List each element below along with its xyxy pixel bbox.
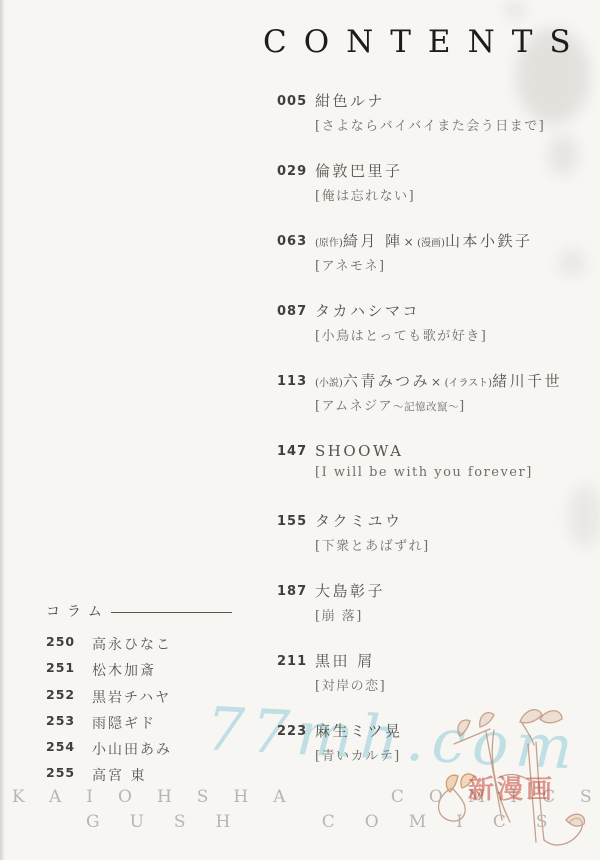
- column-section: コラム 250 高永ひなこ 251 松木加斎 252 黒岩チハヤ 253 雨隠ギ…: [46, 601, 232, 792]
- toc-entry: 147 SHOOWA [I will be with you forever]: [277, 442, 582, 512]
- toc-entry: 187 大島彰子 [崩 落]: [277, 582, 582, 652]
- page-number: 250: [46, 634, 92, 649]
- toc-list: 005 紺色ルナ [さよならバイバイまた会う日まで] 029 倫敦巴里子 [俺は…: [277, 92, 582, 792]
- author-name: 倫敦巴里子: [315, 162, 582, 181]
- toc-entry: 087 タカハシマコ [小鳥はとっても歌が好き]: [277, 302, 582, 372]
- collab-cross: ×: [430, 375, 445, 389]
- page-number: 253: [46, 713, 92, 728]
- author-name: (原作)綺月 陣×(漫画)山本小鉄子: [315, 232, 582, 251]
- page-number: 211: [277, 652, 315, 669]
- toc-entry: 063 (原作)綺月 陣×(漫画)山本小鉄子 [アネモネ]: [277, 232, 582, 302]
- scan-edge-shadow: [0, 0, 5, 860]
- work-title: [小鳥はとっても歌が好き]: [315, 325, 582, 344]
- page-title: CONTENTS: [263, 24, 588, 60]
- author-name: 大島彰子: [315, 582, 582, 601]
- author-role: (原作): [315, 238, 343, 249]
- author-name: 高宮 東: [92, 765, 146, 785]
- author-name: SHOOWA: [315, 442, 582, 461]
- toc-entry: 005 紺色ルナ [さよならバイバイまた会う日まで]: [277, 92, 582, 162]
- heading-rule: [111, 612, 232, 613]
- work-title-main: [アムネジア: [315, 399, 393, 414]
- author-name: 紺色ルナ: [315, 92, 582, 111]
- column-heading-label: コラム: [46, 601, 109, 621]
- column-heading: コラム: [46, 601, 232, 621]
- work-title: [さよならバイバイまた会う日まで]: [315, 115, 582, 134]
- work-title-sub: ～記憶改竄～: [393, 401, 459, 413]
- author-role: (イラスト): [445, 378, 493, 389]
- page-number: 063: [277, 232, 315, 249]
- work-title: [アムネジア～記憶改竄～]: [315, 395, 582, 414]
- author-name: タカハシマコ: [315, 302, 582, 321]
- page-number: 087: [277, 302, 315, 319]
- work-title: [アネモネ]: [315, 255, 582, 274]
- author-role: (漫画): [417, 238, 445, 249]
- author-name: 雨隠ギド: [92, 713, 156, 733]
- column-item: 250 高永ひなこ: [46, 634, 232, 660]
- author-name: 黒田 屑: [315, 652, 582, 671]
- column-item: 252 黒岩チハヤ: [46, 687, 232, 713]
- author-name: 小山田あみ: [92, 739, 172, 759]
- paper-stain: [505, 2, 525, 18]
- author-name-part: 六青みつみ: [343, 372, 430, 390]
- toc-entry: 029 倫敦巴里子 [俺は忘れない]: [277, 162, 582, 232]
- work-title: [対岸の恋]: [315, 675, 582, 694]
- author-name: 黒岩チハヤ: [92, 687, 171, 707]
- page-number: 187: [277, 582, 315, 599]
- collab-cross: ×: [403, 235, 418, 249]
- author-name: 高永ひなこ: [92, 634, 172, 654]
- column-item: 253 雨隠ギド: [46, 713, 232, 739]
- page-number: 147: [277, 442, 315, 459]
- stamp-watermark: 新漫画: [468, 769, 555, 806]
- page-number: 113: [277, 372, 315, 389]
- page-number: 223: [277, 722, 315, 739]
- page-number: 252: [46, 687, 92, 702]
- page-number: 255: [46, 765, 92, 780]
- author-name: タクミユウ: [315, 512, 582, 531]
- column-item: 251 松木加斎: [46, 660, 232, 686]
- work-title: [崩 落]: [315, 605, 582, 624]
- author-name: 松木加斎: [92, 660, 156, 680]
- column-list: 250 高永ひなこ 251 松木加斎 252 黒岩チハヤ 253 雨隠ギド 25…: [46, 634, 232, 792]
- publisher-line-gush: GUSH COMICS: [86, 812, 578, 832]
- page-number: 155: [277, 512, 315, 529]
- toc-entry: 155 タクミユウ [下衆とあばずれ]: [277, 512, 582, 582]
- contents-page: { "page": { "title": "CONTENTS", "publis…: [0, 0, 600, 860]
- author-name-part: 綺月 陣: [343, 232, 403, 250]
- page-number: 029: [277, 162, 315, 179]
- work-title: [下衆とあばずれ]: [315, 535, 582, 554]
- work-title: [I will be with you forever]: [315, 465, 582, 480]
- page-number: 005: [277, 92, 315, 109]
- author-name-part: 山本小鉄子: [445, 232, 533, 250]
- author-name: (小説)六青みつみ×(イラスト)緒川千世: [315, 372, 582, 391]
- toc-entry: 113 (小説)六青みつみ×(イラスト)緒川千世 [アムネジア～記憶改竄～]: [277, 372, 582, 442]
- work-title-close: ]: [459, 399, 466, 414]
- author-role: (小説): [315, 378, 343, 389]
- page-number: 254: [46, 739, 92, 754]
- author-name-part: 緒川千世: [492, 372, 562, 390]
- page-number: 251: [46, 660, 92, 675]
- column-item: 254 小山田あみ: [46, 739, 232, 765]
- work-title: [俺は忘れない]: [315, 185, 582, 204]
